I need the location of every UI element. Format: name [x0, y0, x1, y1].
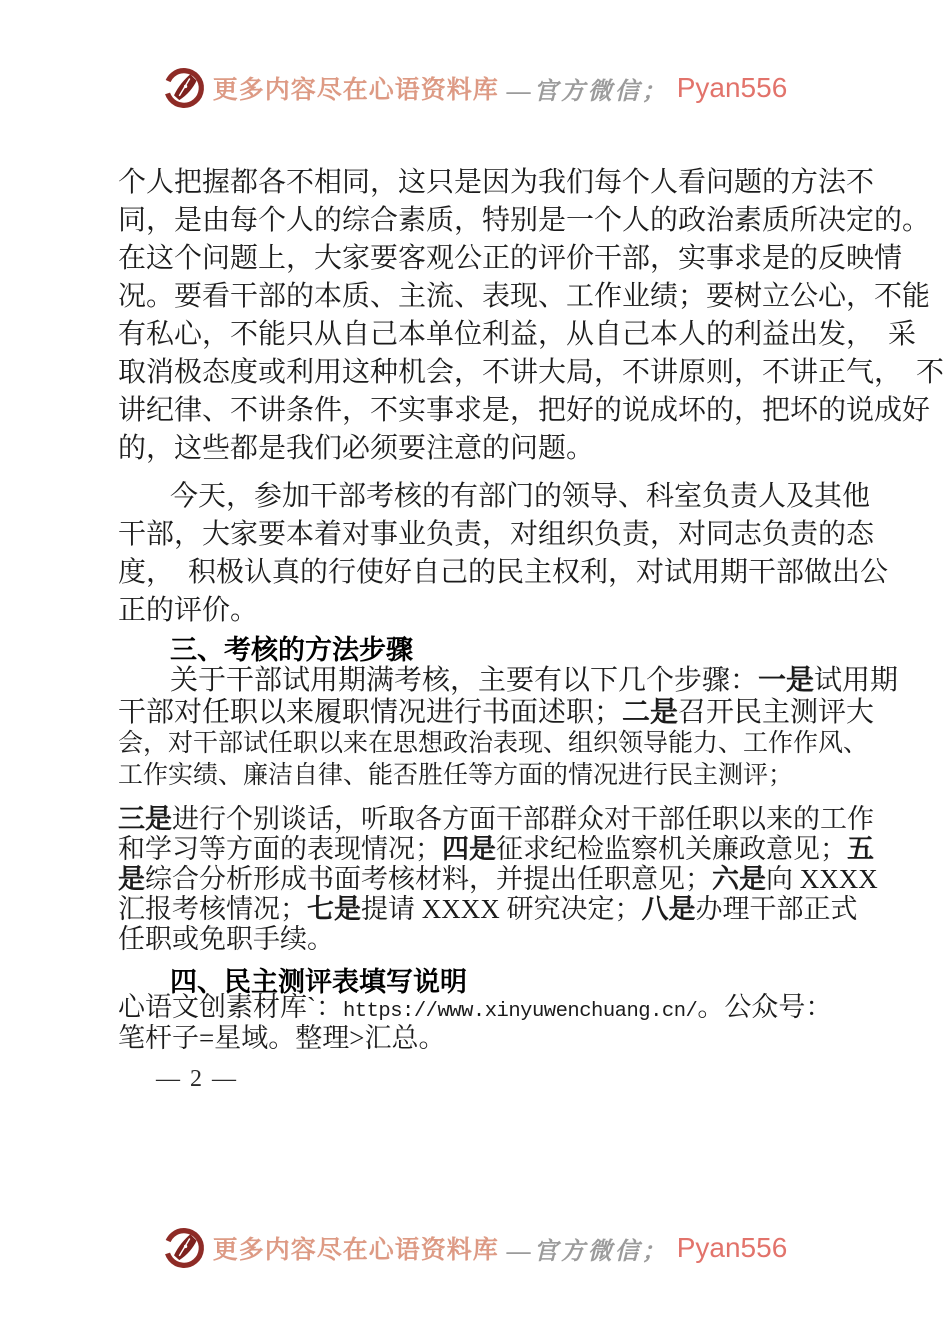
brand-wechat-label: —官方微信； [507, 71, 669, 106]
text-segment: 工作实绩、廉洁自律、能否胜任等方面的情况进行民主测评； [118, 762, 793, 789]
text-segment: 任职或免职手续。 [118, 924, 334, 954]
text-segment: 关于干部试用期满考核，主要有以下几个步骤： [170, 665, 758, 696]
text-line: 心语文创素材库`：https://www.xinyuwenchuang.cn/。… [118, 992, 834, 1023]
text-segment: 度， 积极认真的行使好自己的民主权利，对试用期干部做出公 [118, 557, 888, 588]
text-line: 汇报考核情况；七是提请 XXXX 研究决定；八是办理干部正式 [118, 894, 834, 924]
text-segment: 七是 [307, 894, 361, 924]
text-line: 是综合分析形成书面考核材料，并提出任职意见；六是向 XXXX [118, 864, 834, 894]
text-segment: 有私心，不能只从自己本单位利益，从自己本人的利益出发， 采 [118, 319, 916, 350]
text-line: 会，对干部试任职以来在思想政治表现、组织领导能力、工作作风、 [118, 728, 834, 760]
text-segment: 五 [847, 834, 874, 864]
pen-nib-emblem-icon [163, 67, 205, 109]
paragraph-5: 心语文创素材库`：https://www.xinyuwenchuang.cn/。… [118, 992, 834, 1054]
text-segment: 干部，大家要本着对事业负责，对组织负责，对同志负责的态 [118, 519, 874, 550]
text-segment: 况。要看干部的本质、主流、表现、工作业绩；要树立公心，不能 [118, 281, 930, 312]
paragraph-1: 个人把握都各不相同，这只是因为我们每个人看问题的方法不 同，是由每个人的综合素质… [118, 164, 834, 468]
text-line: 个人把握都各不相同，这只是因为我们每个人看问题的方法不 [118, 164, 834, 202]
text-segment: 正的评价。 [118, 595, 258, 626]
brand-wechat-id: Pyan556 [677, 72, 788, 104]
footer-brand-bar: 更多内容尽在心语资料库 —官方微信； Pyan556 [0, 1222, 950, 1274]
text-line: 关于干部试用期满考核，主要有以下几个步骤：一是试用期 [118, 664, 834, 696]
brand-wechat-label: —官方微信； [507, 1231, 669, 1266]
text-line: 任职或免职手续。 [118, 924, 834, 954]
text-segment: 办理干部正式 [696, 894, 858, 924]
text-segment: 个人把握都各不相同，这只是因为我们每个人看问题的方法不 [118, 167, 874, 198]
brand-wechat-id: Pyan556 [677, 1232, 788, 1264]
paragraph-4: 三是进行个别谈话，听取各方面干部群众对干部任职以来的工作 和学习等方面的表现情况… [118, 804, 834, 954]
text-segment: 会，对干部试任职以来在思想政治表现、组织领导能力、工作作风、 [118, 730, 868, 757]
pen-nib-emblem-icon [163, 1227, 205, 1269]
text-line: 在这个问题上，大家要客观公正的评价干部，实事求是的反映情 [118, 240, 834, 278]
text-segment: 征求纪检监察机关廉政意见； [496, 834, 847, 864]
text-segment: 三、考核的方法步骤 [170, 635, 413, 665]
text-segment: 笔杆子=星域。整理>汇总。 [118, 1023, 445, 1053]
text-segment: 向 XXXX [766, 864, 878, 894]
text-segment: 三是 [118, 804, 172, 834]
text-line: 取消极态度或利用这种机会，不讲大局，不讲原则，不讲正气， 不 [118, 354, 834, 392]
text-segment: 综合分析形成书面考核材料，并提出任职意见； [145, 864, 712, 894]
text-segment: 和学习等方面的表现情况； [118, 834, 442, 864]
text-segment: 汇报考核情况； [118, 894, 307, 924]
text-segment: 召开民主测评大 [678, 697, 874, 728]
text-line: 有私心，不能只从自己本单位利益，从自己本人的利益出发， 采 [118, 316, 834, 354]
text-segment: 一是 [758, 664, 814, 695]
section-heading-3: 三、考核的方法步骤 [118, 628, 886, 667]
text-segment: 干部对任职以来履职情况进行书面述职； [118, 697, 622, 728]
text-segment: 进行个别谈话，听取各方面干部群众对干部任职以来的工作 [172, 804, 874, 834]
text-segment: 取消极态度或利用这种机会，不讲大局，不讲原则，不讲正气， 不 [118, 357, 944, 388]
text-segment: 在这个问题上，大家要客观公正的评价干部，实事求是的反映情 [118, 243, 902, 274]
text-line: 正的评价。 [118, 592, 834, 630]
text-segment: 心语文创素材库`： [118, 992, 343, 1022]
text-line: 同，是由每个人的综合素质，特别是一个人的政治素质所决定的。 [118, 202, 834, 240]
text-segment: 。公众号： [697, 992, 832, 1022]
text-segment: 的，这些都是我们必须要注意的问题。 [118, 433, 594, 464]
text-line: 的，这些都是我们必须要注意的问题。 [118, 430, 834, 468]
text-line: 笔杆子=星域。整理>汇总。 [118, 1023, 834, 1054]
page-number: — 2 — [156, 1066, 238, 1093]
text-segment: 讲纪律、不讲条件，不实事求是，把好的说成坏的，把坏的说成好 [118, 395, 930, 426]
text-segment: 二是 [622, 696, 678, 727]
text-segment: 八是 [642, 894, 696, 924]
text-segment: 六是 [712, 864, 766, 894]
text-line: 干部，大家要本着对事业负责，对组织负责，对同志负责的态 [118, 516, 834, 554]
text-segment: 提请 XXXX 研究决定； [361, 894, 642, 924]
document-page: 更多内容尽在心语资料库 —官方微信； Pyan556 个人把握都各不相同，这只是… [0, 0, 950, 1344]
text-line: 工作实绩、廉洁自律、能否胜任等方面的情况进行民主测评； [118, 760, 834, 792]
brand-slogan: 更多内容尽在心语资料库 [213, 70, 499, 106]
brand-slogan: 更多内容尽在心语资料库 [213, 1230, 499, 1266]
text-line: 和学习等方面的表现情况；四是征求纪检监察机关廉政意见；五 [118, 834, 834, 864]
text-line: 干部对任职以来履职情况进行书面述职；二是召开民主测评大 [118, 696, 834, 728]
text-segment: 同，是由每个人的综合素质，特别是一个人的政治素质所决定的。 [118, 205, 930, 236]
paragraph-3: 关于干部试用期满考核，主要有以下几个步骤：一是试用期 干部对任职以来履职情况进行… [118, 664, 834, 792]
text-line: 讲纪律、不讲条件，不实事求是，把好的说成坏的，把坏的说成好 [118, 392, 834, 430]
text-segment: 今天，参加干部考核的有部门的领导、科室负责人及其他 [170, 481, 870, 512]
paragraph-2: 今天，参加干部考核的有部门的领导、科室负责人及其他 干部，大家要本着对事业负责，… [118, 478, 834, 630]
text-segment: 是 [118, 864, 145, 894]
text-line: 三是进行个别谈话，听取各方面干部群众对干部任职以来的工作 [118, 804, 834, 834]
header-brand-bar: 更多内容尽在心语资料库 —官方微信； Pyan556 [0, 62, 950, 114]
text-line: 况。要看干部的本质、主流、表现、工作业绩；要树立公心，不能 [118, 278, 834, 316]
text-segment: 四是 [442, 834, 496, 864]
text-line: 今天，参加干部考核的有部门的领导、科室负责人及其他 [118, 478, 834, 516]
text-segment: https://www.xinyuwenchuang.cn/ [343, 1000, 697, 1023]
text-segment: 试用期 [814, 665, 898, 696]
text-line: 度， 积极认真的行使好自己的民主权利，对试用期干部做出公 [118, 554, 834, 592]
